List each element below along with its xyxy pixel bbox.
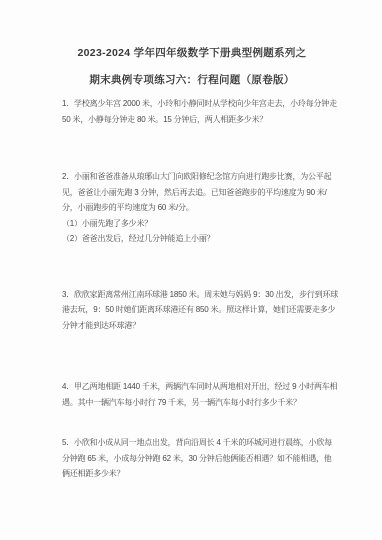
problem-2-subquestion-1: （1）小丽先跑了多少米？ <box>62 216 326 232</box>
document-title: 2023-2024 学年四年级数学下册典型例题系列之 期末典例专项练习六：行程问… <box>58 40 326 94</box>
problem-2-line-1: 2．小丽和爸爸准备从琅琊山大门向欧阳修纪念馆方向进行跑步比赛，为公平起 <box>62 169 326 185</box>
problem-4-line-1: 4．甲乙两地相距 1440 千米，两辆汽车同时从两地相对开出，经过 9 小时两车… <box>62 379 326 395</box>
problem-5-line-3: 俩还相距多少米？ <box>62 466 326 482</box>
problem-1-line-1: 1．学校离少年宫 2000 米，小玲和小静同时从学校向少年宫走去，小玲每分钟走 <box>62 96 326 112</box>
problem-1: 1．学校离少年宫 2000 米，小玲和小静同时从学校向少年宫走去，小玲每分钟走 … <box>62 96 326 127</box>
problem-1-line-2: 50 米，小静每分钟走 80 米。15 分钟后，两人相距多少米？ <box>62 112 326 128</box>
problem-3-line-3: 分钟才能到达环球港？ <box>62 318 326 334</box>
problem-3-line-1: 3．欣欣家距离常州江南环球港 1850 米。周末她与妈妈 9：30 出发，步行到… <box>62 287 326 303</box>
title-line-2: 期末典例专项练习六：行程问题（原卷版） <box>58 67 326 94</box>
problem-4: 4．甲乙两地相距 1440 千米，两辆汽车同时从两地相对开出，经过 9 小时两车… <box>62 379 326 410</box>
problem-2-line-3: 分，小丽跑步的平均速度为 60 米/分。 <box>62 200 326 216</box>
problem-5-line-2: 分钟跑 65 米，小成每分钟跑 62 米，30 分钟后他俩能否相遇？如不能相遇，… <box>62 451 326 467</box>
problem-4-line-2: 遇。其中一辆汽车每小时行 79 千米，另一辆汽车每小时行多少千米？ <box>62 395 326 411</box>
problem-3-line-2: 港去玩，9：50 时她们距离环球港还有 850 米。照这样计算，她们还需要走多少 <box>62 302 326 318</box>
problem-2-subquestion-2: （2）爸爸出发后，经过几分钟能追上小丽？ <box>62 231 326 247</box>
problem-5: 5．小欣和小成从同一地点出发，背向沿周长 4 千米的环城河进行晨练，小欣每 分钟… <box>62 435 326 482</box>
problem-2: 2．小丽和爸爸准备从琅琊山大门向欧阳修纪念馆方向进行跑步比赛，为公平起 见，爸爸… <box>62 169 326 247</box>
problem-5-line-1: 5．小欣和小成从同一地点出发，背向沿周长 4 千米的环城河进行晨练，小欣每 <box>62 435 326 451</box>
problem-3: 3．欣欣家距离常州江南环球港 1850 米。周末她与妈妈 9：30 出发，步行到… <box>62 287 326 334</box>
title-line-1: 2023-2024 学年四年级数学下册典型例题系列之 <box>58 40 326 67</box>
problem-2-line-2: 见，爸爸让小丽先跑 3 分钟，然后再去追。已知爸爸跑步的平均速度为 90 米/ <box>62 185 326 201</box>
worksheet-page: 2023-2024 学年四年级数学下册典型例题系列之 期末典例专项练习六：行程问… <box>0 0 382 540</box>
